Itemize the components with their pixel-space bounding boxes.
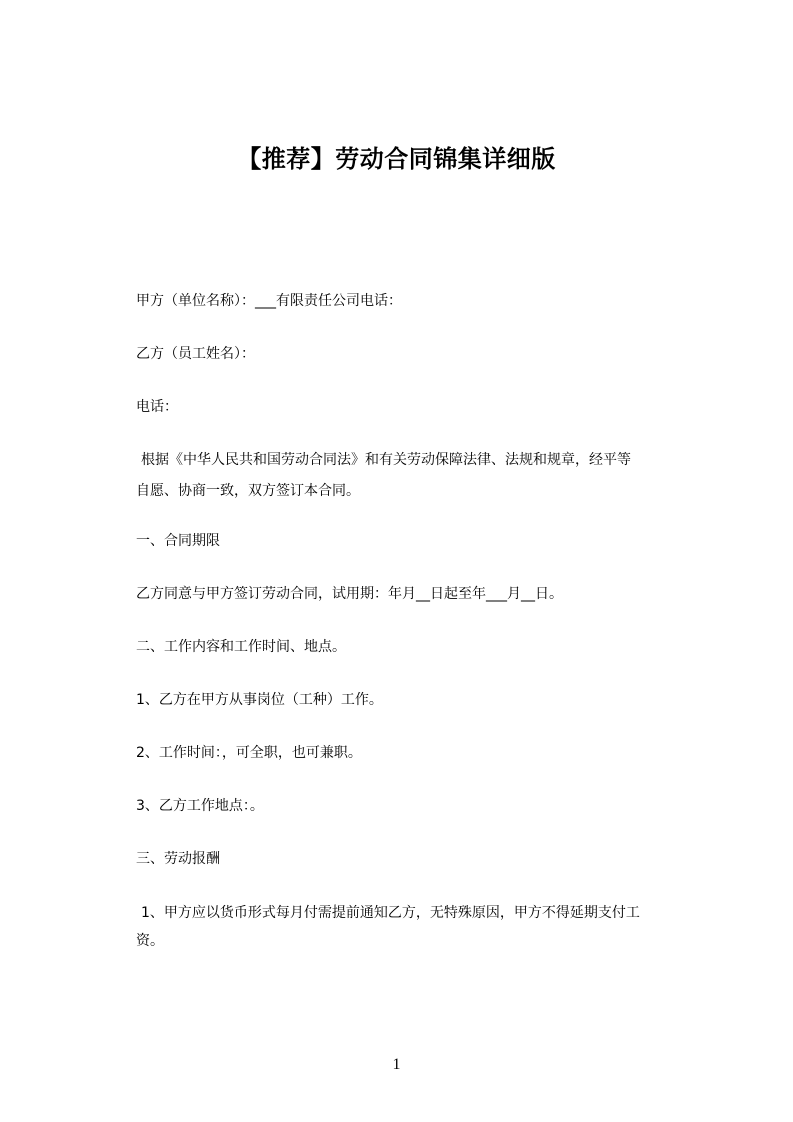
- clause-2-1: 1、乙方在甲方从事岗位（工种）工作。: [136, 692, 383, 708]
- clause-2-3: 3、乙方工作地点：。: [136, 798, 264, 814]
- section-3-heading: 三、劳动报酬: [136, 851, 220, 867]
- clause-3-1-line-1: 1、甲方应以货币形式每月付需提前通知乙方，无特殊原因，甲方不得延期支付工: [141, 905, 640, 921]
- party-a-line: 甲方（单位名称）：___有限责任公司电话：: [136, 293, 402, 309]
- clause-3-1-line-2: 资。: [136, 933, 164, 949]
- contract-term-text: 乙方同意与甲方签订劳动合同，试用期：年月__日起至年___月__日。: [136, 586, 563, 602]
- section-1-heading: 一、合同期限: [136, 533, 220, 549]
- preamble-line-2: 自愿、协商一致，双方签订本合同。: [136, 483, 360, 499]
- phone-line: 电话：: [136, 399, 178, 415]
- preamble-line-1: 根据《中华人民共和国劳动合同法》和有关劳动保障法律、法规和规章，经平等: [141, 452, 631, 468]
- section-2-heading: 二、工作内容和工作时间、地点。: [136, 639, 346, 655]
- party-b-line: 乙方（员工姓名）：: [136, 346, 255, 362]
- document-title: 【推荐】劳动合同锦集详细版: [0, 139, 793, 174]
- clause-2-2: 2、工作时间：，可全职，也可兼职。: [136, 745, 362, 761]
- page-number: 1: [0, 1056, 793, 1074]
